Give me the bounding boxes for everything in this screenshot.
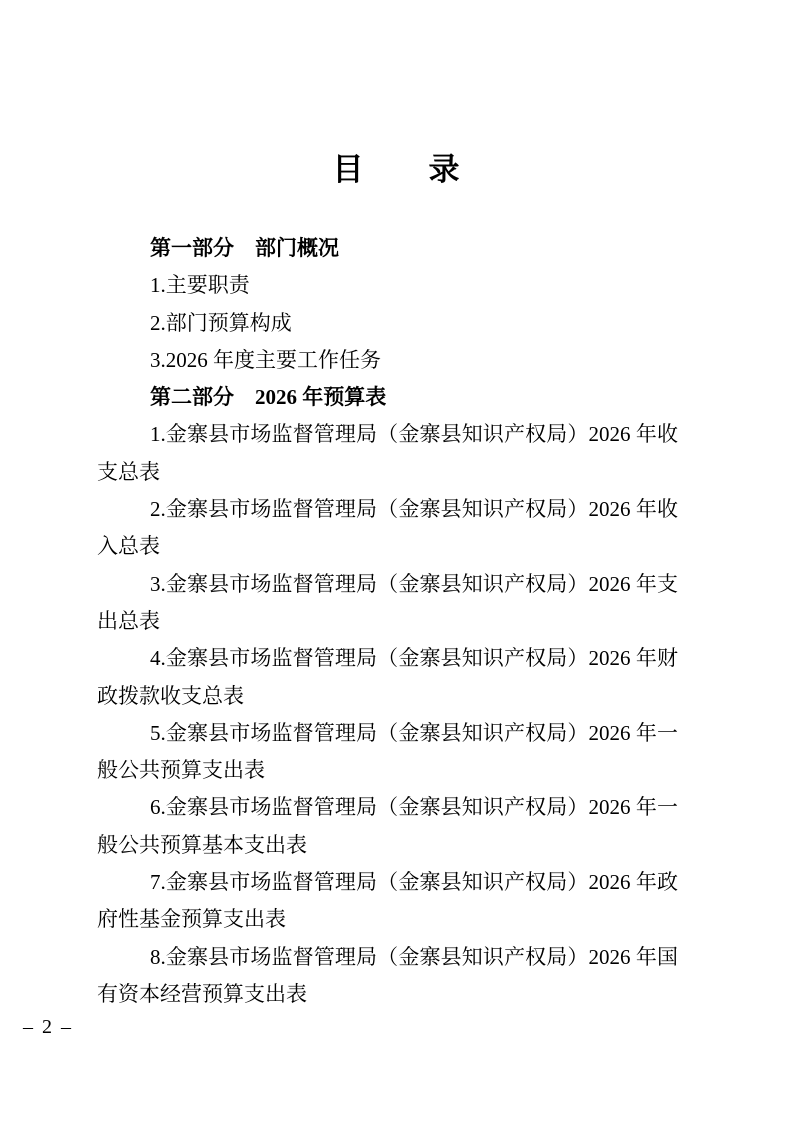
table-of-contents: 第一部分 部门概况 1.主要职责 2.部门预算构成 3.2026 年度主要工作任… — [97, 230, 678, 1013]
section-heading-part-1: 第一部分 部门概况 — [97, 230, 678, 267]
toc-item-state-capital-operation-budget-expenditure: 8.金寨县市场监督管理局（金寨县知识产权局）2026 年国有资本经营预算支出表 — [97, 939, 678, 1014]
toc-item-main-duties: 1.主要职责 — [97, 267, 678, 304]
page-number: – 2 – — [23, 1015, 793, 1039]
toc-item-revenue-expenditure-summary: 1.金寨县市场监督管理局（金寨县知识产权局）2026 年收支总表 — [97, 416, 678, 491]
toc-item-government-fund-budget-expenditure: 7.金寨县市场监督管理局（金寨县知识产权局）2026 年政府性基金预算支出表 — [97, 864, 678, 939]
section-heading-part-2: 第二部分 2026 年预算表 — [97, 379, 678, 416]
toc-item-general-public-budget-basic-expenditure: 6.金寨县市场监督管理局（金寨县知识产权局）2026 年一般公共预算基本支出表 — [97, 789, 678, 864]
page-title: 目 录 — [0, 0, 793, 192]
toc-item-fiscal-appropriation-summary: 4.金寨县市场监督管理局（金寨县知识产权局）2026 年财政拨款收支总表 — [97, 640, 678, 715]
document-page: 目 录 第一部分 部门概况 1.主要职责 2.部门预算构成 3.2026 年度主… — [0, 0, 793, 1122]
toc-item-budget-composition: 2.部门预算构成 — [97, 305, 678, 342]
toc-item-main-tasks-2026: 3.2026 年度主要工作任务 — [97, 342, 678, 379]
toc-item-revenue-summary: 2.金寨县市场监督管理局（金寨县知识产权局）2026 年收入总表 — [97, 491, 678, 566]
toc-item-general-public-budget-expenditure: 5.金寨县市场监督管理局（金寨县知识产权局）2026 年一般公共预算支出表 — [97, 715, 678, 790]
toc-item-expenditure-summary: 3.金寨县市场监督管理局（金寨县知识产权局）2026 年支出总表 — [97, 566, 678, 641]
